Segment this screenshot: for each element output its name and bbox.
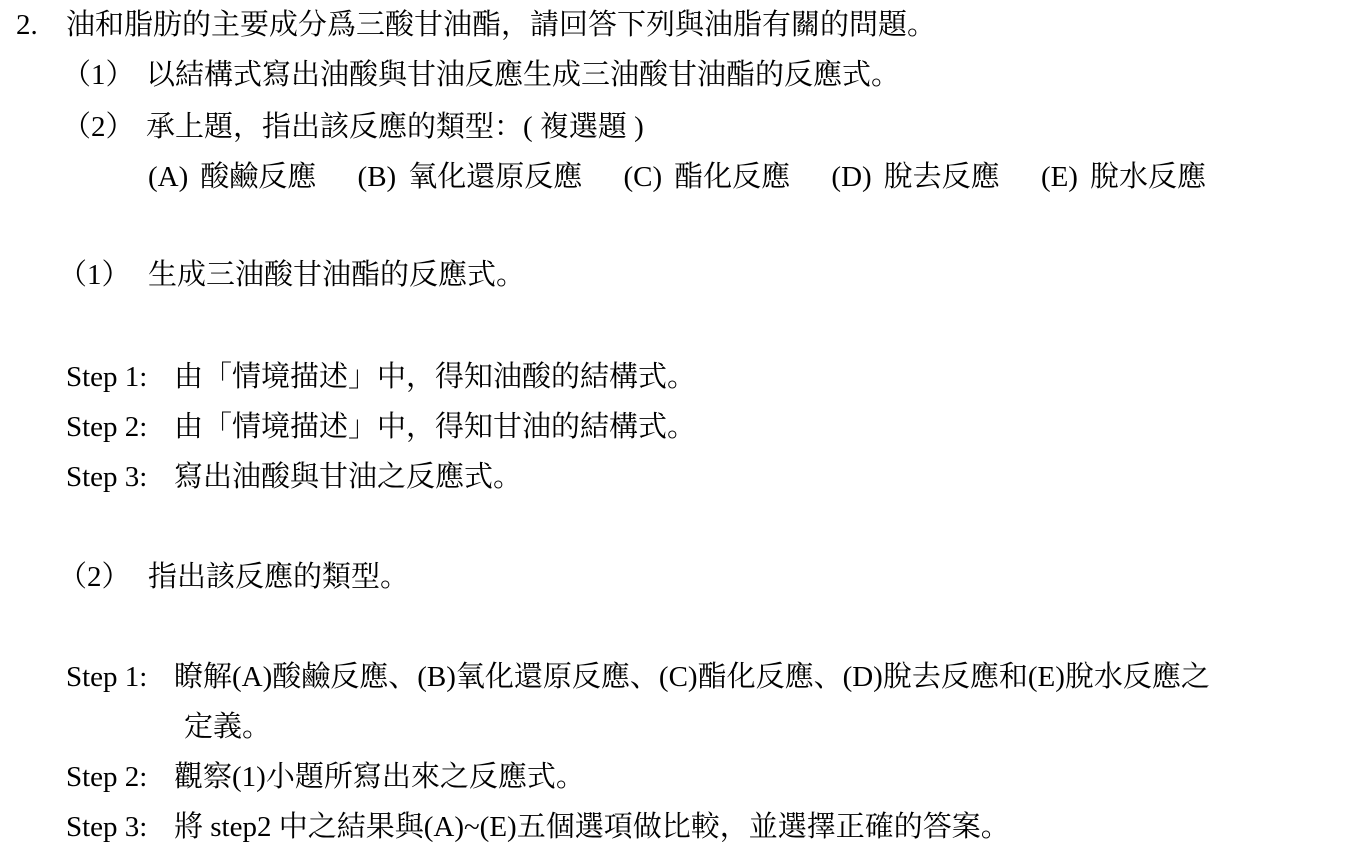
step-text: 瞭解(A)酸鹼反應、(B)氧化還原反應、(C)酯化反應、(D)脫去反應和(E)脫… <box>174 661 1210 693</box>
part-label: （2） <box>62 110 146 144</box>
step-text: 由「情境描述」中，得知油酸的結構式。 <box>174 361 696 393</box>
solution-step-continuation: 定義。 <box>184 710 271 744</box>
part-text: 承上題，指出該反應的類型：( 複選題 ) <box>146 111 644 143</box>
solution-part-title: 生成三油酸甘油酯的反應式。 <box>148 259 525 291</box>
option-d: (D)脫去反應 <box>831 160 999 194</box>
option-e: (E)脫水反應 <box>1041 160 1206 194</box>
solution-step: Step 1:由「情境描述」中，得知油酸的結構式。 <box>66 360 696 394</box>
step-label: Step 2: <box>66 760 174 794</box>
solution-step: Step 2:由「情境描述」中，得知甘油的結構式。 <box>66 410 696 444</box>
part-text: 以結構式寫出油酸與甘油反應生成三油酸甘油酯的反應式。 <box>146 59 900 91</box>
solution-step: Step 3:將 step2 中之結果與(A)~(E)五個選項做比較，並選擇正確… <box>66 810 1010 844</box>
solution-part-label: （1） <box>58 258 148 292</box>
step-label: Step 1: <box>66 360 174 394</box>
step-label: Step 3: <box>66 810 174 844</box>
solution-part-label: （2） <box>58 560 148 594</box>
step-text: 由「情境描述」中，得知甘油的結構式。 <box>174 411 696 443</box>
step-text: 將 step2 中之結果與(A)~(E)五個選項做比較，並選擇正確的答案。 <box>174 811 1010 843</box>
solution-part-1-heading: （1）生成三油酸甘油酯的反應式。 <box>58 258 525 292</box>
step-label: Step 2: <box>66 410 174 444</box>
question-text: 油和脂肪的主要成分爲三酸甘油酯，請回答下列與油脂有關的問題。 <box>66 9 936 41</box>
solution-step: Step 2:觀察(1)小題所寫出來之反應式。 <box>66 760 585 794</box>
step-text-continuation: 定義。 <box>184 711 271 743</box>
step-text: 寫出油酸與甘油之反應式。 <box>174 461 522 493</box>
question-number: 2. <box>16 8 66 42</box>
step-label: Step 1: <box>66 660 174 694</box>
option-list: (A)酸鹼反應 (B)氧化還原反應 (C)酯化反應 (D)脫去反應 (E)脫水反… <box>148 160 1206 194</box>
option-a: (A)酸鹼反應 <box>148 160 316 194</box>
option-b: (B)氧化還原反應 <box>358 160 583 194</box>
step-label: Step 3: <box>66 460 174 494</box>
solution-step: Step 1:瞭解(A)酸鹼反應、(B)氧化還原反應、(C)酯化反應、(D)脫去… <box>66 660 1210 694</box>
step-text: 觀察(1)小題所寫出來之反應式。 <box>174 761 585 793</box>
option-c: (C)酯化反應 <box>623 160 790 194</box>
solution-step: Step 3:寫出油酸與甘油之反應式。 <box>66 460 522 494</box>
question-part-2: （2）承上題，指出該反應的類型：( 複選題 ) <box>62 110 644 144</box>
question-part-1: （1）以結構式寫出油酸與甘油反應生成三油酸甘油酯的反應式。 <box>62 58 900 92</box>
question-stem: 2.油和脂肪的主要成分爲三酸甘油酯，請回答下列與油脂有關的問題。 <box>16 8 936 42</box>
part-label: （1） <box>62 58 146 92</box>
solution-part-2-heading: （2）指出該反應的類型。 <box>58 560 409 594</box>
solution-part-title: 指出該反應的類型。 <box>148 561 409 593</box>
